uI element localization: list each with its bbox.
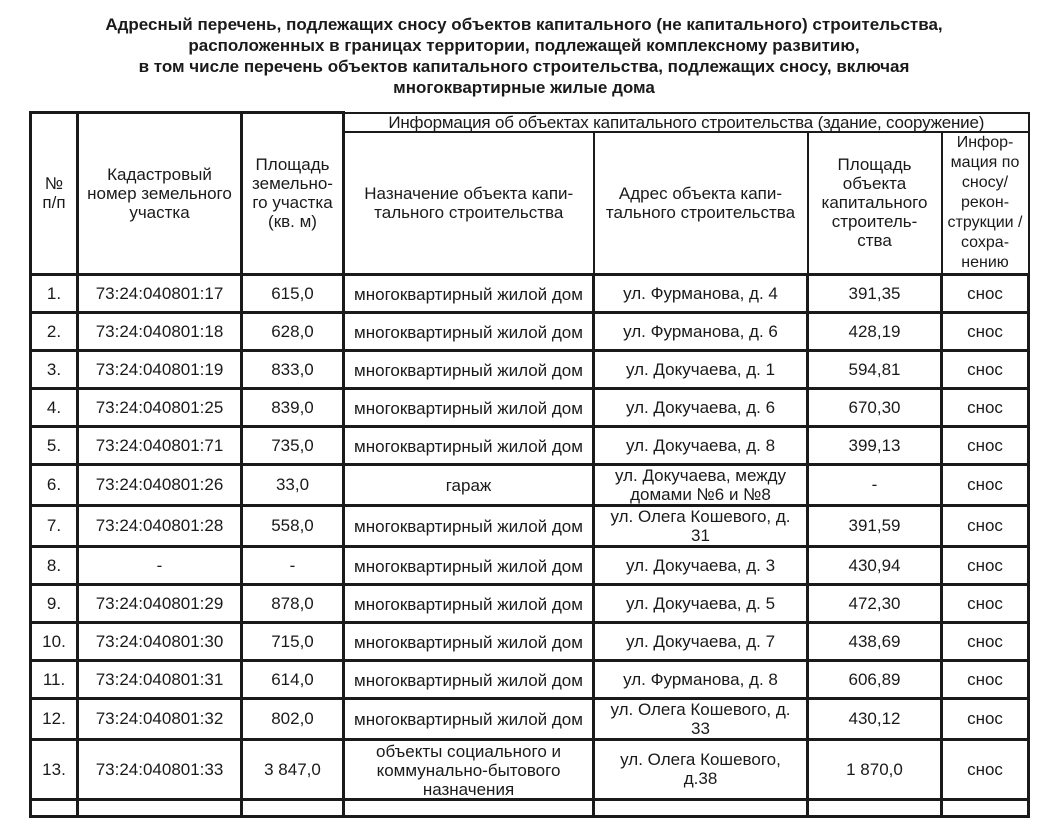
cell-number: 8. [31,546,78,584]
cell-cadastral-number: 73:24:040801:25 [78,388,242,426]
document-title: Адресный перечень, подлежащих сносу объе… [0,14,1048,98]
cell-empty [942,799,1029,816]
title-line: Адресный перечень, подлежащих сносу объе… [0,14,1048,35]
cell-land-area: 802,0 [242,698,344,739]
cell-purpose: многоквартирный жилой дом [344,622,594,660]
cell-purpose: объекты социального и коммунально-бытово… [344,739,594,799]
cell-purpose: многоквартирный жилой дом [344,426,594,464]
cell-empty [78,799,242,816]
cell-address: ул. Докучаева, д. 6 [594,388,808,426]
cell-address: ул. Докучаева, между домами №6 и №8 [594,464,808,505]
cell-cadastral-number: 73:24:040801:17 [78,274,242,312]
cell-building-area: 399,13 [808,426,942,464]
cell-address: ул. Докучаева, д. 1 [594,350,808,388]
cell-purpose: многоквартирный жилой дом [344,312,594,350]
cell-status: снос [942,660,1029,698]
cell-empty [242,799,344,816]
cell-land-area: 558,0 [242,505,344,546]
cell-building-area: 430,94 [808,546,942,584]
cell-empty [594,799,808,816]
cell-status: снос [942,505,1029,546]
cell-status: снос [942,584,1029,622]
cell-number: 12. [31,698,78,739]
cell-land-area: 715,0 [242,622,344,660]
cell-address: ул. Олега Кошевого, д. 31 [594,505,808,546]
table-row: 12. 73:24:040801:32 802,0 многоквартирны… [31,698,1029,739]
header-cadastral-number: Кадастровый номер земельного участка [78,113,242,275]
header-number: № п/п [31,113,78,275]
table-row: 2. 73:24:040801:18 628,0 многоквартирный… [31,312,1029,350]
cell-number: 4. [31,388,78,426]
cell-building-area: 606,89 [808,660,942,698]
cell-purpose: многоквартирный жилой дом [344,660,594,698]
cell-number: 13. [31,739,78,799]
cell-address: ул. Олега Кошевого, д. 33 [594,698,808,739]
table-row-partial [31,799,1029,816]
cell-cadastral-number: 73:24:040801:32 [78,698,242,739]
table-row: 4. 73:24:040801:25 839,0 многоквартирный… [31,388,1029,426]
table-row: 7. 73:24:040801:28 558,0 многоквартирный… [31,505,1029,546]
cell-purpose: многоквартирный жилой дом [344,505,594,546]
cell-land-area: - [242,546,344,584]
cell-cadastral-number: 73:24:040801:29 [78,584,242,622]
cell-status: снос [942,739,1029,799]
cell-empty [31,799,78,816]
table-row: 3. 73:24:040801:19 833,0 многоквартирный… [31,350,1029,388]
cell-land-area: 735,0 [242,426,344,464]
header-purpose: Назначение объекта капи-тального строите… [344,132,594,275]
cell-status: снос [942,698,1029,739]
cell-address: ул. Фурманова, д. 8 [594,660,808,698]
cell-land-area: 33,0 [242,464,344,505]
cell-address: ул. Докучаева, д. 7 [594,622,808,660]
header-object-info-group: Информация об объектах капитального стро… [344,113,1029,132]
cell-land-area: 615,0 [242,274,344,312]
cell-land-area: 878,0 [242,584,344,622]
cell-status: снос [942,622,1029,660]
cell-address: ул. Докучаева, д. 8 [594,426,808,464]
cell-number: 11. [31,660,78,698]
cell-cadastral-number: 73:24:040801:19 [78,350,242,388]
title-line: расположенных в границах территории, под… [0,35,1048,56]
cell-purpose: многоквартирный жилой дом [344,274,594,312]
title-line: в том числе перечень объектов капитально… [0,56,1048,77]
cell-purpose: многоквартирный жилой дом [344,350,594,388]
demolition-objects-table: № п/п Кадастровый номер земельного участ… [29,111,1030,818]
cell-number: 6. [31,464,78,505]
cell-empty [808,799,942,816]
cell-address: ул. Фурманова, д. 6 [594,312,808,350]
cell-building-area: 438,69 [808,622,942,660]
cell-address: ул. Докучаева, д. 5 [594,584,808,622]
cell-building-area: 428,19 [808,312,942,350]
cell-purpose: многоквартирный жилой дом [344,698,594,739]
table-row: 1. 73:24:040801:17 615,0 многоквартирный… [31,274,1029,312]
cell-land-area: 833,0 [242,350,344,388]
table-row: 8. - - многоквартирный жилой дом ул. Док… [31,546,1029,584]
cell-status: снос [942,312,1029,350]
cell-cadastral-number: 73:24:040801:33 [78,739,242,799]
cell-building-area: 670,30 [808,388,942,426]
cell-number: 1. [31,274,78,312]
cell-number: 10. [31,622,78,660]
cell-purpose: многоквартирный жилой дом [344,546,594,584]
cell-address: ул. Фурманова, д. 4 [594,274,808,312]
cell-building-area: 1 870,0 [808,739,942,799]
table-row: 9. 73:24:040801:29 878,0 многоквартирный… [31,584,1029,622]
cell-cadastral-number: 73:24:040801:31 [78,660,242,698]
table-row: 10. 73:24:040801:30 715,0 многоквартирны… [31,622,1029,660]
cell-cadastral-number: 73:24:040801:26 [78,464,242,505]
cell-address: ул. Докучаева, д. 3 [594,546,808,584]
header-building-area: Площадь объекта капитального строитель-с… [808,132,942,275]
header-address: Адрес объекта капи-тального строительств… [594,132,808,275]
cell-cadastral-number: 73:24:040801:18 [78,312,242,350]
table-row: 11. 73:24:040801:31 614,0 многоквартирны… [31,660,1029,698]
cell-cadastral-number: 73:24:040801:30 [78,622,242,660]
cell-number: 5. [31,426,78,464]
header-demolition-status: Инфор-мация по сносу/ рекон-струкции / с… [942,132,1029,275]
cell-building-area: - [808,464,942,505]
table-row: 13. 73:24:040801:33 3 847,0 объекты соци… [31,739,1029,799]
title-line: многоквартирные жилые дома [0,77,1048,98]
cell-number: 7. [31,505,78,546]
cell-building-area: 430,12 [808,698,942,739]
cell-status: снос [942,350,1029,388]
cell-building-area: 472,30 [808,584,942,622]
cell-number: 9. [31,584,78,622]
cell-status: снос [942,426,1029,464]
cell-purpose: гараж [344,464,594,505]
cell-address: ул. Олега Кошевого, д.38 [594,739,808,799]
cell-number: 3. [31,350,78,388]
cell-status: снос [942,464,1029,505]
cell-status: снос [942,274,1029,312]
cell-land-area: 839,0 [242,388,344,426]
cell-purpose: многоквартирный жилой дом [344,584,594,622]
cell-number: 2. [31,312,78,350]
cell-purpose: многоквартирный жилой дом [344,388,594,426]
cell-land-area: 614,0 [242,660,344,698]
cell-building-area: 391,59 [808,505,942,546]
cell-empty [344,799,594,816]
header-land-area: Площадь земельно-го участка (кв. м) [242,113,344,275]
cell-cadastral-number: 73:24:040801:71 [78,426,242,464]
table-row: 5. 73:24:040801:71 735,0 многоквартирный… [31,426,1029,464]
cell-land-area: 3 847,0 [242,739,344,799]
cell-building-area: 391,35 [808,274,942,312]
cell-cadastral-number: - [78,546,242,584]
table-row: 6. 73:24:040801:26 33,0 гараж ул. Докуча… [31,464,1029,505]
cell-status: снос [942,546,1029,584]
cell-building-area: 594,81 [808,350,942,388]
cell-land-area: 628,0 [242,312,344,350]
cell-cadastral-number: 73:24:040801:28 [78,505,242,546]
cell-status: снос [942,388,1029,426]
